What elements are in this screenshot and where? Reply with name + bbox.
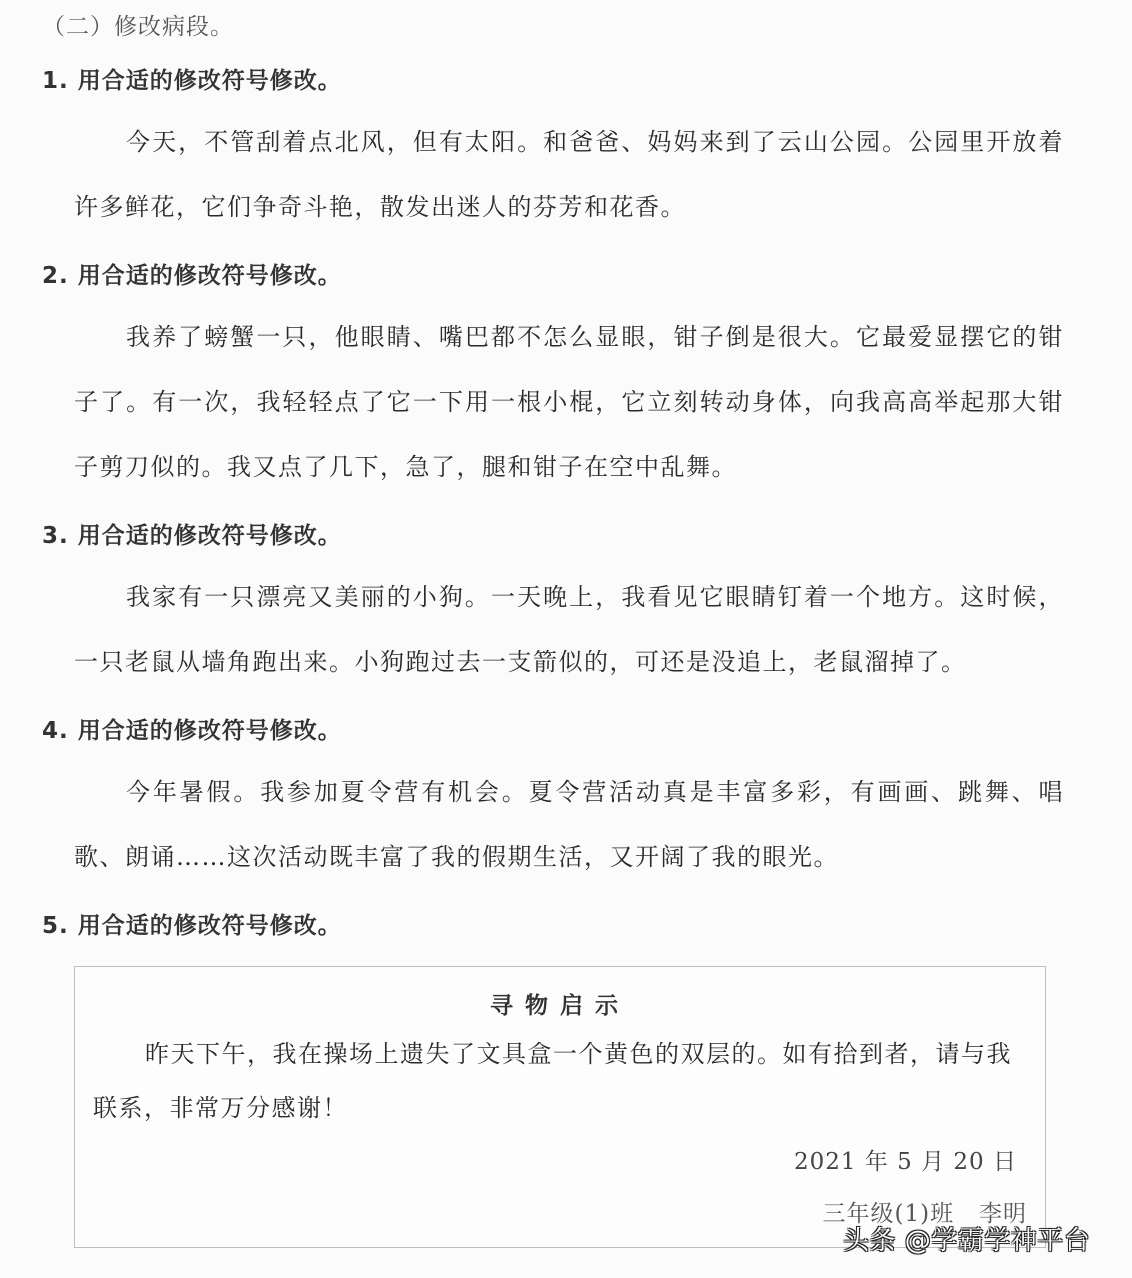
question-2-paragraph: 我养了螃蟹一只，他眼睛、嘴巴都不怎么显眼，钳子倒是很大。它最爱显摆它的钳子了。有… [74, 305, 1064, 500]
notice-date: 2021 年 5 月 20 日 [794, 1143, 1017, 1176]
section-title: （二）修改病段。 [42, 8, 234, 41]
question-1-heading: 1. 用合适的修改符号修改。 [42, 62, 342, 95]
lost-item-notice-box: 寻物启示 昨天下午，我在操场上遗失了文具盒一个黄色的双层的。如有拾到者，请与我联… [74, 966, 1046, 1248]
question-1-paragraph: 今天，不管刮着点北风，但有太阳。和爸爸、妈妈来到了云山公园。公园里开放着许多鲜花… [74, 110, 1064, 240]
question-5-heading: 5. 用合适的修改符号修改。 [42, 907, 342, 940]
question-3-heading: 3. 用合适的修改符号修改。 [42, 517, 342, 550]
notice-body: 昨天下午，我在操场上遗失了文具盒一个黄色的双层的。如有拾到者，请与我联系，非常万… [93, 1027, 1033, 1135]
watermark: 头条 @学霸学神平台 [843, 1220, 1090, 1257]
question-4-heading: 4. 用合适的修改符号修改。 [42, 712, 342, 745]
question-3-paragraph: 我家有一只漂亮又美丽的小狗。一天晚上，我看见它眼睛钉着一个地方。这时候，一只老鼠… [74, 565, 1064, 695]
question-4-paragraph: 今年暑假。我参加夏令营有机会。夏令营活动真是丰富多彩，有画画、跳舞、唱歌、朗诵…… [74, 760, 1064, 890]
question-2-heading: 2. 用合适的修改符号修改。 [42, 257, 342, 290]
notice-title: 寻物启示 [75, 987, 1045, 1020]
